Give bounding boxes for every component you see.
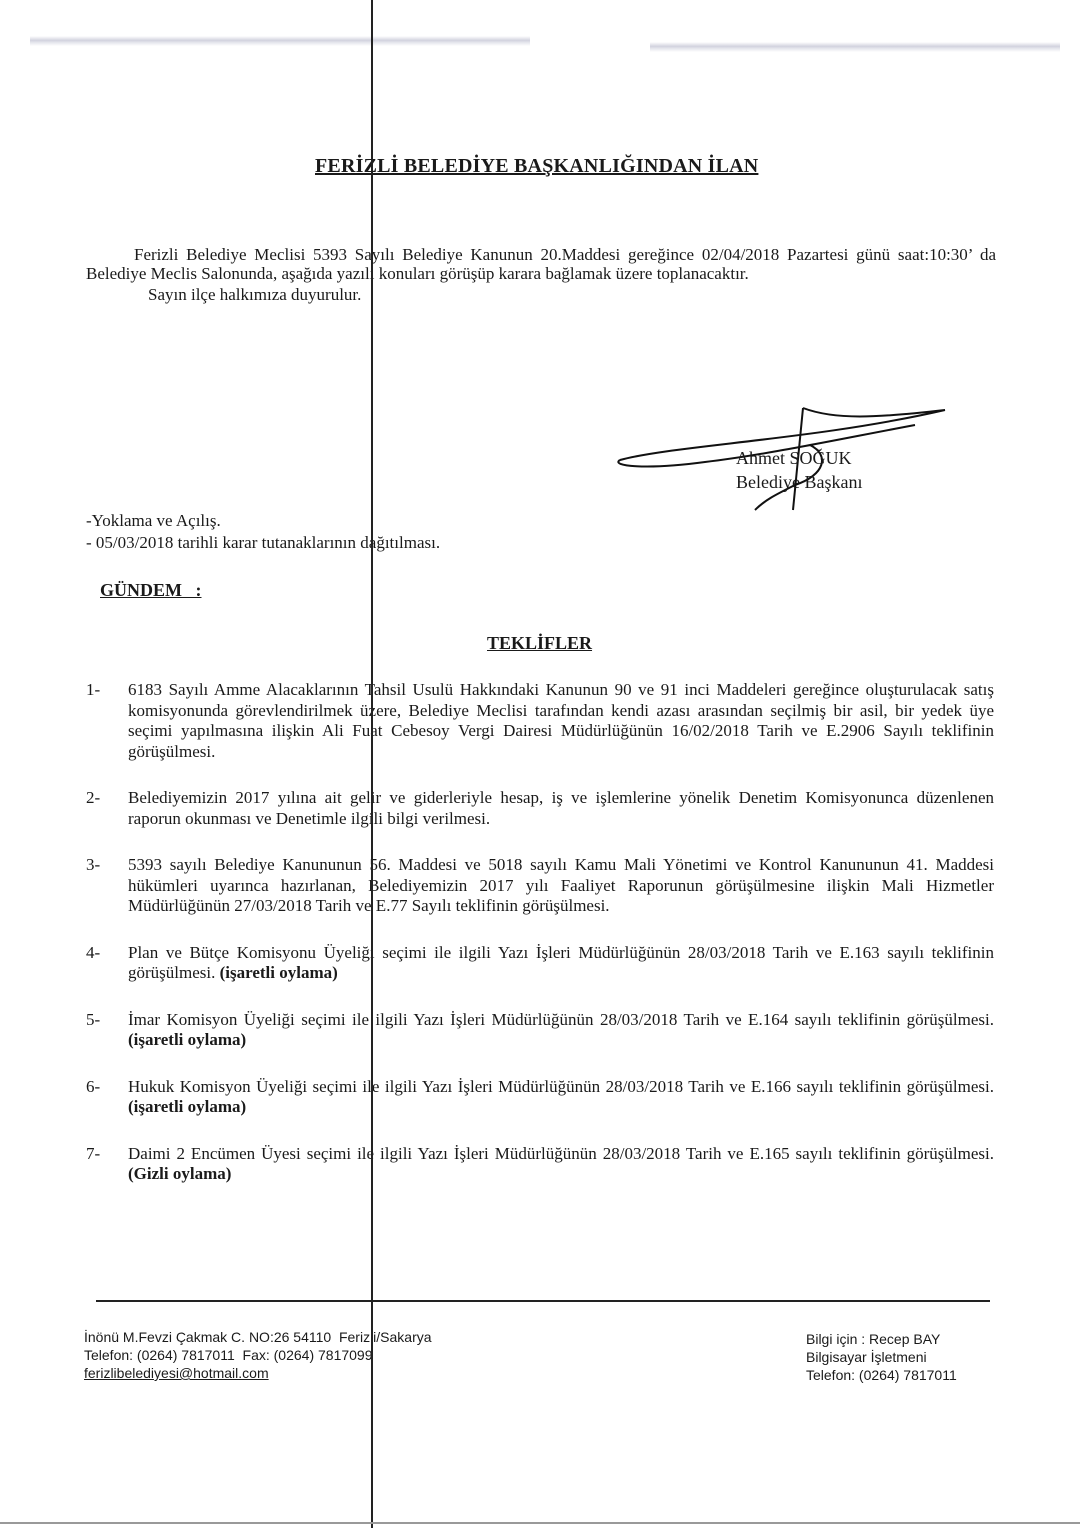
signature-block: Ahmet SOĞUK Belediye Başkanı — [736, 446, 862, 494]
agenda-heading: GÜNDEM : — [100, 580, 202, 601]
scan-fold-line — [371, 0, 373, 1528]
proposal-body: İmar Komisyon Üyeliği seçimi ile ilgili … — [128, 1010, 994, 1029]
proposal-number: 3- — [86, 855, 128, 917]
proposal-body: Belediyemizin 2017 yılına ait gelir ve g… — [128, 788, 994, 828]
proposal-number: 6- — [86, 1077, 128, 1118]
footer-address: İnönü M.Fevzi Çakmak C. NO:26 54110 Feri… — [84, 1328, 432, 1346]
proposal-body: 5393 sayılı Belediye Kanununun 56. Madde… — [128, 855, 994, 915]
footer-phone-fax: Telefon: (0264) 7817011 Fax: (0264) 7817… — [84, 1346, 432, 1364]
proposal-number: 5- — [86, 1010, 128, 1051]
proposal-number: 7- — [86, 1144, 128, 1185]
proposal-text: Daimi 2 Encümen Üyesi seçimi ile ilgili … — [128, 1144, 994, 1185]
page-bottom-edge — [0, 1522, 1080, 1524]
signatory-title: Belediye Başkanı — [736, 470, 862, 494]
contact-role: Bilgisayar İşletmeni — [806, 1348, 957, 1366]
proposal-body: 6183 Sayılı Amme Alacaklarının Tahsil Us… — [128, 680, 994, 761]
voting-note: (Gizli oylama) — [128, 1164, 231, 1183]
voting-note: (işaretli oylama) — [128, 1030, 246, 1049]
opening-items: -Yoklama ve Açılış. - 05/03/2018 tarihli… — [86, 510, 440, 554]
proposal-text: İmar Komisyon Üyeliği seçimi ile ilgili … — [128, 1010, 994, 1051]
proposal-body: Hukuk Komisyon Üyeliği seçimi ile ilgili… — [128, 1077, 994, 1096]
opening-item: -Yoklama ve Açılış. — [86, 510, 440, 532]
footer-address-block: İnönü M.Fevzi Çakmak C. NO:26 54110 Feri… — [84, 1328, 432, 1382]
proposal-number: 2- — [86, 788, 128, 829]
proposal-item: 3-5393 sayılı Belediye Kanununun 56. Mad… — [86, 855, 994, 917]
scan-artifact-left — [30, 36, 530, 46]
document-title: FERİZLİ BELEDİYE BAŞKANLIĞINDAN İLAN — [315, 155, 758, 178]
proposal-item: 6-Hukuk Komisyon Üyeliği seçimi ile ilgi… — [86, 1077, 994, 1118]
proposal-text: 6183 Sayılı Amme Alacaklarının Tahsil Us… — [128, 680, 994, 762]
intro-section: Ferizli Belediye Meclisi 5393 Sayılı Bel… — [86, 245, 996, 304]
footer-contact-block: Bilgi için : Recep BAY Bilgisayar İşletm… — [806, 1330, 957, 1384]
proposal-number: 4- — [86, 943, 128, 984]
proposal-item: 2-Belediyemizin 2017 yılına ait gelir ve… — [86, 788, 994, 829]
contact-phone: Telefon: (0264) 7817011 — [806, 1366, 957, 1384]
voting-note: (işaretli oylama) — [220, 963, 338, 982]
announcement-text: Sayın ilçe halkımıza duyurulur. — [86, 285, 996, 304]
signatory-name: Ahmet SOĞUK — [736, 446, 862, 470]
footer-email-link[interactable]: ferizlibelediyesi@hotmail.com — [84, 1364, 432, 1382]
proposal-item: 4-Plan ve Bütçe Komisyonu Üyeliği seçimi… — [86, 943, 994, 984]
scan-artifact-right — [650, 42, 1060, 52]
opening-item: - 05/03/2018 tarihli karar tutanaklarını… — [86, 532, 440, 554]
proposal-text: 5393 sayılı Belediye Kanununun 56. Madde… — [128, 855, 994, 917]
proposal-text: Belediyemizin 2017 yılına ait gelir ve g… — [128, 788, 994, 829]
proposal-item: 5-İmar Komisyon Üyeliği seçimi ile ilgil… — [86, 1010, 994, 1051]
proposal-item: 1-6183 Sayılı Amme Alacaklarının Tahsil … — [86, 680, 994, 762]
intro-paragraph: Ferizli Belediye Meclisi 5393 Sayılı Bel… — [86, 245, 996, 283]
proposal-list: 1-6183 Sayılı Amme Alacaklarının Tahsil … — [86, 680, 994, 1211]
proposal-body: Daimi 2 Encümen Üyesi seçimi ile ilgili … — [128, 1144, 994, 1163]
proposal-item: 7-Daimi 2 Encümen Üyesi seçimi ile ilgil… — [86, 1144, 994, 1185]
proposal-text: Plan ve Bütçe Komisyonu Üyeliği seçimi i… — [128, 943, 994, 984]
contact-label: Bilgi için : Recep BAY — [806, 1330, 957, 1348]
footer-divider — [96, 1300, 990, 1302]
proposal-text: Hukuk Komisyon Üyeliği seçimi ile ilgili… — [128, 1077, 994, 1118]
voting-note: (işaretli oylama) — [128, 1097, 246, 1116]
proposals-heading: TEKLİFLER — [487, 633, 592, 654]
proposal-number: 1- — [86, 680, 128, 762]
